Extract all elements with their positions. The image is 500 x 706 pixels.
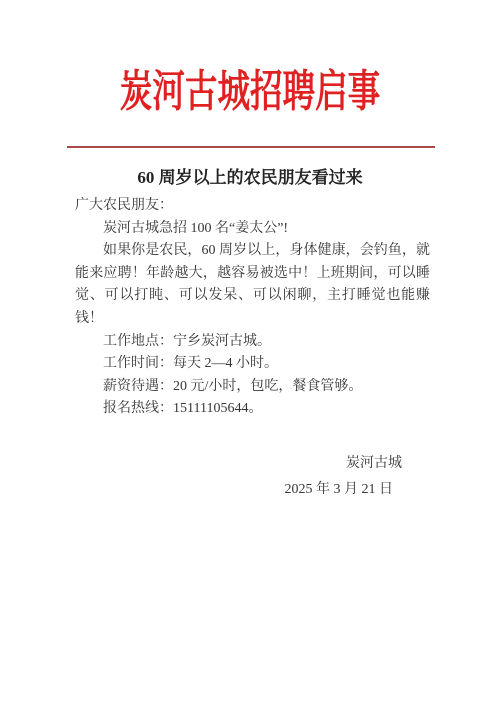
notice-title: 炭河古城招聘启事 [0,70,500,114]
notice-body: 广大农民朋友： 炭河古城急招 100 名“姜太公”! 如果你是农民，60 周岁以… [75,195,430,421]
paragraph-requirements: 如果你是农民，60 周岁以上，身体健康，会钓鱼，就能来应聘！年龄越大，越容易被选… [75,240,430,330]
detail-work-hours: 工作时间：每天 2—4 小时。 [75,353,430,376]
detail-salary: 薪资待遇：20 元/小时，包吃，餐食管够。 [75,376,430,399]
title-divider-line [67,146,435,148]
notice-date: 2025 年 3 月 21 日 [0,479,393,502]
paragraph-recruit-count: 炭河古城急招 100 名“姜太公”! [75,218,430,241]
notice-subheading: 60 周岁以上的农民朋友看过来 [0,168,500,188]
registration-hotline: 报名热线：15111105644。 [75,398,430,421]
detail-work-location: 工作地点：宁乡炭河古城。 [75,331,430,354]
signature-organization: 炭河古城 [0,453,402,476]
notice-title-text: 炭河古城招聘启事 [120,70,380,114]
salutation-line: 广大农民朋友： [75,195,430,218]
recruitment-notice-page: 炭河古城招聘启事 60 周岁以上的农民朋友看过来 广大农民朋友： 炭河古城急招 … [0,0,500,706]
